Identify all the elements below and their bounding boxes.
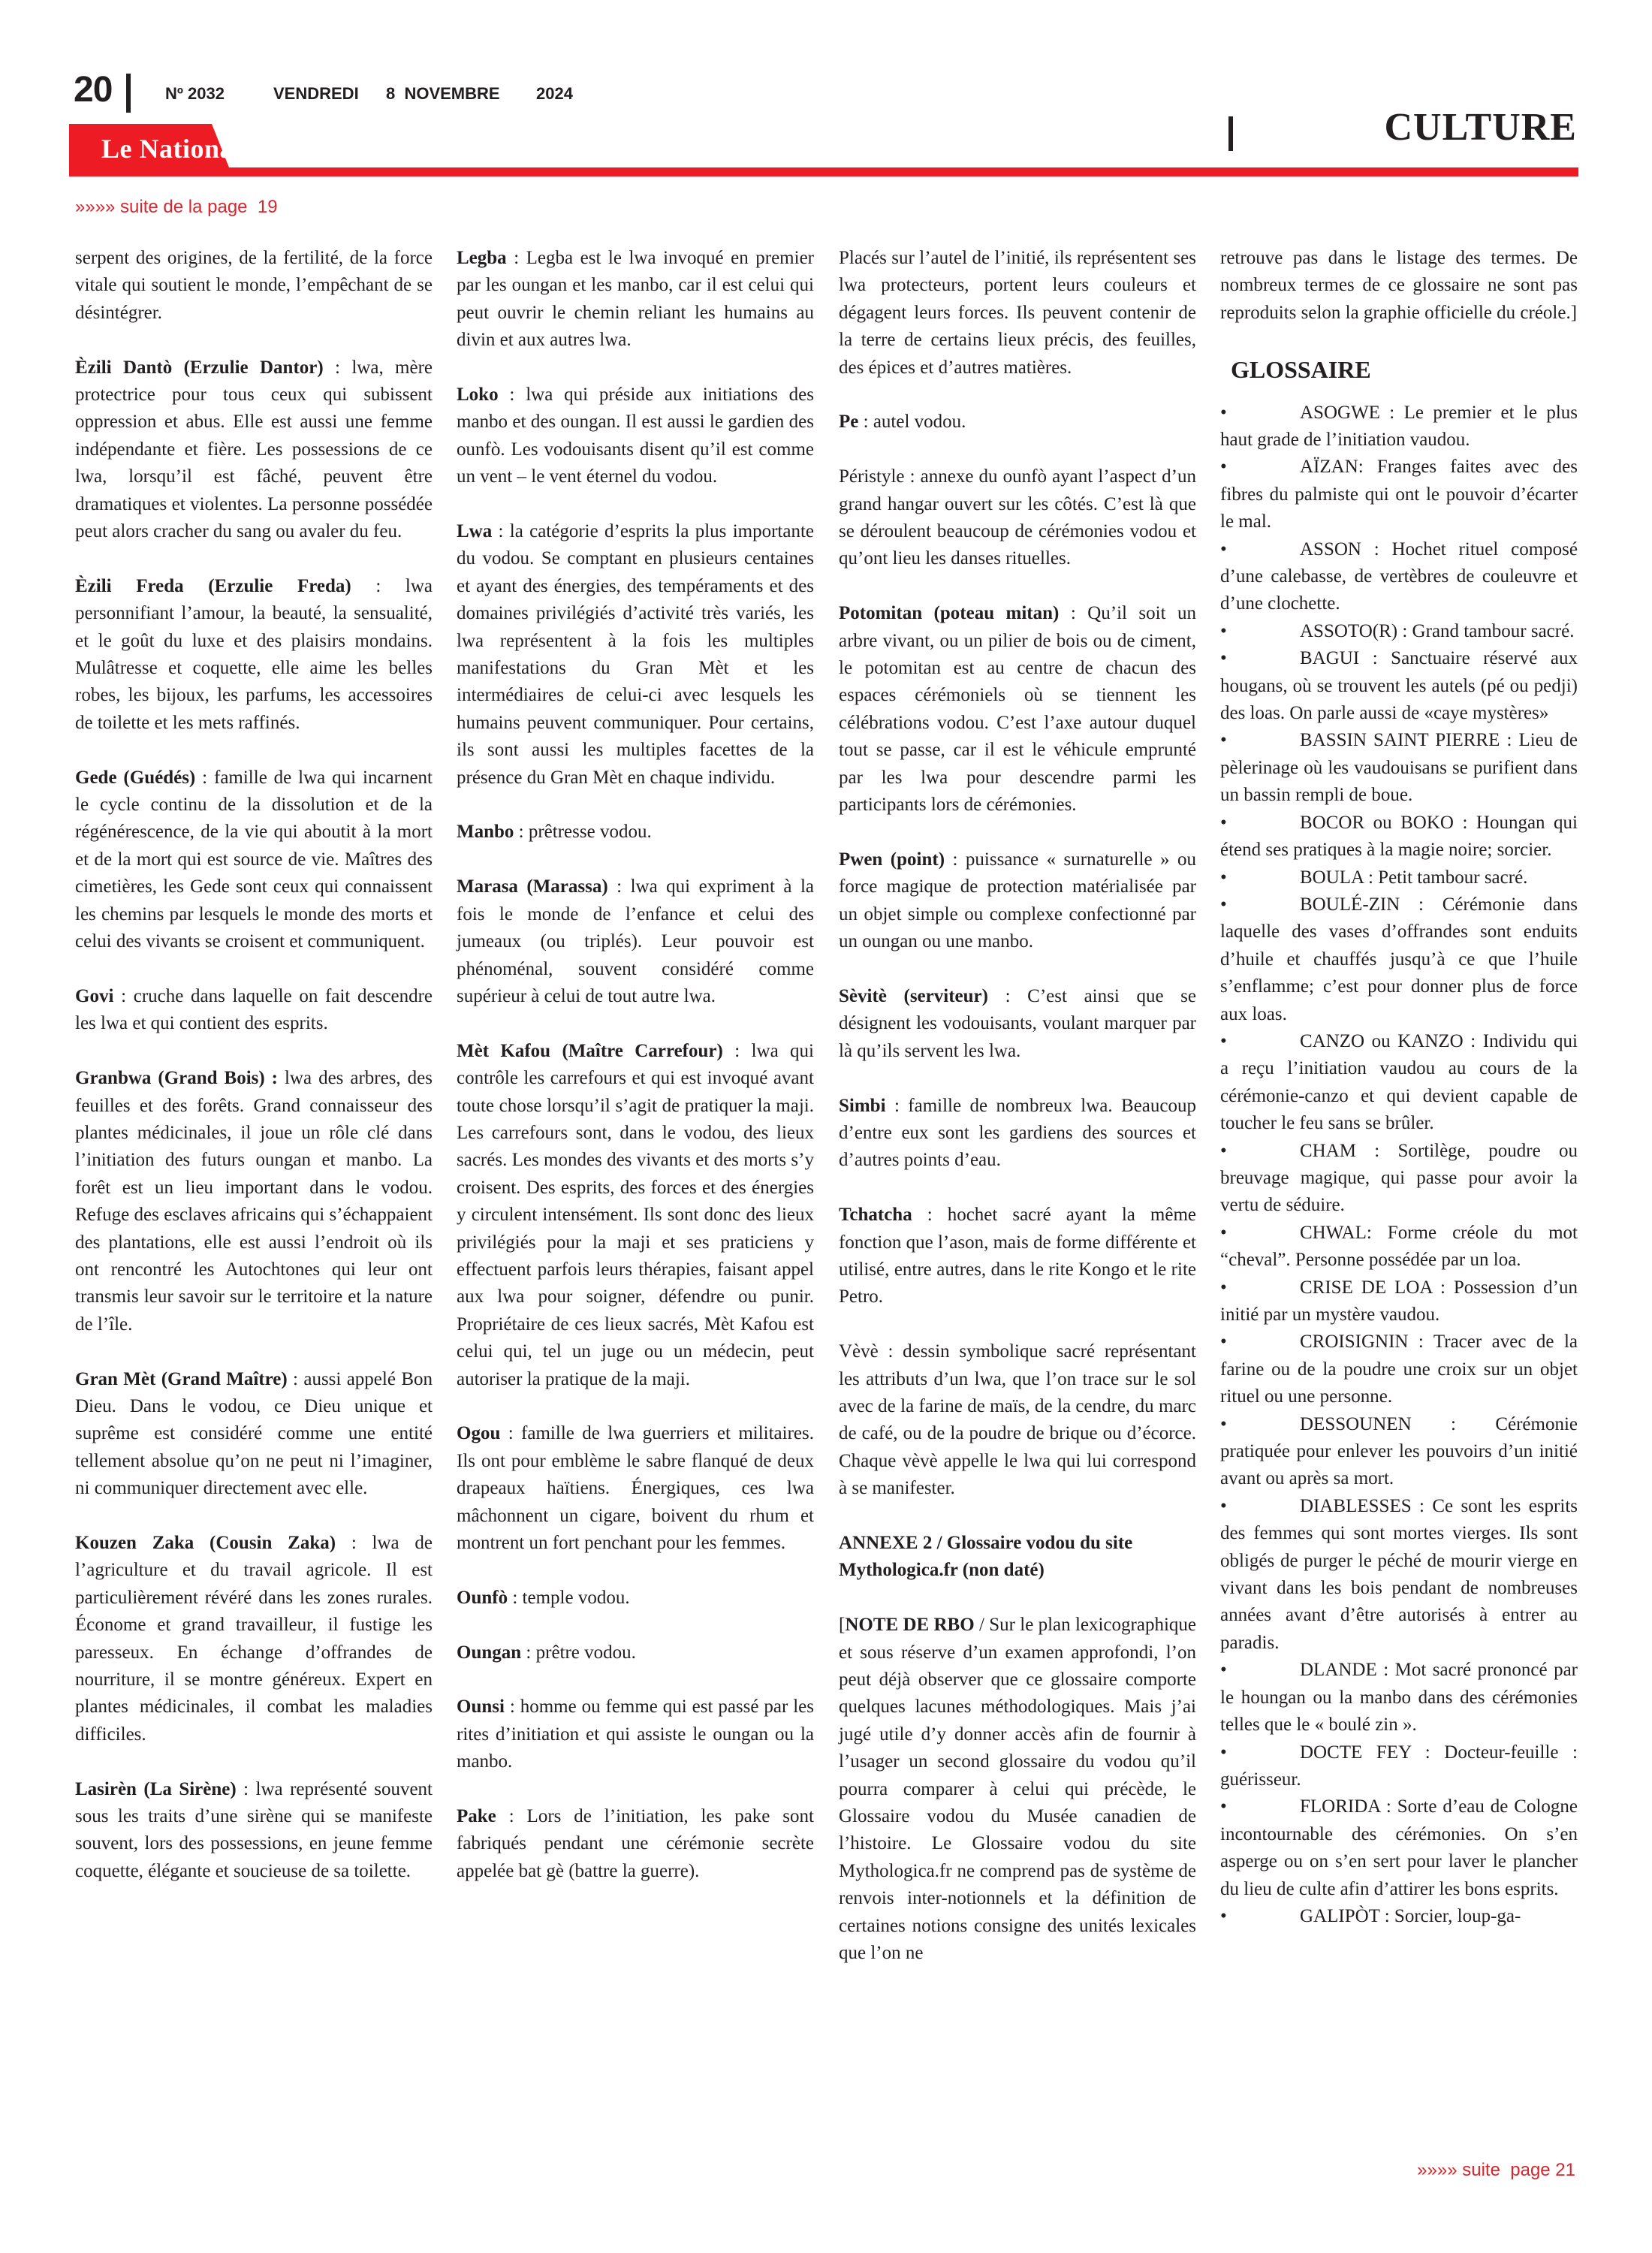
glossary-entry: Legba : Legba est le lwa invoqué en prem… xyxy=(457,245,814,354)
bullet-icon: • xyxy=(1220,810,1300,837)
glossary-entry: Potomitan (poteau mitan) : Qu’il soit un… xyxy=(839,600,1196,819)
glossary-entry: Gran Mèt (Grand Maître) : aussi appelé B… xyxy=(75,1366,433,1503)
glossary-entry: Granbwa (Grand Bois) : lwa des arbres, d… xyxy=(75,1065,433,1338)
brand-banner xyxy=(69,124,1578,176)
issue-number: Nº 2032 xyxy=(165,84,225,104)
glossary-list-item: •BOULÉ-ZIN : Cérémonie dans laquelle des… xyxy=(1220,891,1578,1028)
year: 2024 xyxy=(536,84,573,104)
glossary-entry: Oungan : prêtre vodou. xyxy=(457,1639,814,1666)
continued-to-link[interactable]: »»»» suite page 21 xyxy=(1417,2160,1575,2181)
glossary-item-text: GALIPÒT : Sorcier, loup-ga- xyxy=(1300,1906,1521,1926)
glossary-entry: Loko : lwa qui préside aux initiations d… xyxy=(457,382,814,491)
bullet-icon: • xyxy=(1220,727,1300,754)
section-divider xyxy=(1228,116,1233,151)
glossary-list-item: •BOCOR ou BOKO : Houngan qui étend ses p… xyxy=(1220,810,1578,864)
continued-from-link[interactable]: »»»» suite de la page 19 xyxy=(75,197,278,218)
glossary-list-item: •CANZO ou KANZO : Individu qui a reçu l’… xyxy=(1220,1028,1578,1138)
glossary-list-item: •CROISIGNIN : Tracer avec de la farine o… xyxy=(1220,1329,1578,1410)
glossary-entry: Sèvitè (serviteur) : C’est ainsi que se … xyxy=(839,983,1196,1065)
header-divider xyxy=(126,74,131,113)
glossary-entry: Govi : cruche dans laquelle on fait desc… xyxy=(75,983,433,1038)
bullet-icon: • xyxy=(1220,1657,1300,1684)
glossary-entry: Pe : autel vodou. xyxy=(839,409,1196,436)
glossary-entry: Pwen (point) : puissance « surnaturelle … xyxy=(839,846,1196,956)
bullet-icon: • xyxy=(1220,454,1300,481)
glossary-entry: Péristyle : annexe du ounfò ayant l’aspe… xyxy=(839,463,1196,573)
article-column-1: serpent des origines, de la fertilité, d… xyxy=(75,245,433,1913)
bullet-icon: • xyxy=(1220,400,1300,427)
glossary-list-item: •GALIPÒT : Sorcier, loup-ga- xyxy=(1220,1903,1578,1930)
glossary-list-item: •FLORIDA : Sorte d’eau de Cologne incont… xyxy=(1220,1793,1578,1903)
bullet-icon: • xyxy=(1220,1411,1300,1438)
glossary-entry: Ogou : famille de lwa guerriers et milit… xyxy=(457,1420,814,1557)
section-title: CULTURE xyxy=(1385,105,1578,150)
glossary-entry: Ounfò : temple vodou. xyxy=(457,1585,814,1612)
bullet-icon: • xyxy=(1220,536,1300,563)
glossary-list-item: •CRISE DE LOA : Possession d’un initié p… xyxy=(1220,1274,1578,1329)
glossary-entry: Simbi : famille de nombreux lwa. Beaucou… xyxy=(839,1093,1196,1175)
glossary-list-item: •ASSON : Hochet rituel composé d’une cal… xyxy=(1220,536,1578,618)
glossary-list-item: •DOCTE FEY : Docteur-feuille : guérisseu… xyxy=(1220,1739,1578,1794)
bullet-icon: • xyxy=(1220,1793,1300,1820)
glossary-list-item: •BOULA : Petit tambour sacré. xyxy=(1220,864,1578,891)
article-column-4: retrouve pas dans le listage des termes.… xyxy=(1220,245,1578,1930)
glossary-list-item: •CHWAL: Forme créole du mot “cheval”. Pe… xyxy=(1220,1220,1578,1274)
article-column-2: Legba : Legba est le lwa invoqué en prem… xyxy=(457,245,814,1913)
glossary-list-item: •ASSOTO(R) : Grand tambour sacré. xyxy=(1220,618,1578,645)
bullet-icon: • xyxy=(1220,1274,1300,1301)
glossary-item-text: ASSOTO(R) : Grand tambour sacré. xyxy=(1300,621,1574,641)
bullet-icon: • xyxy=(1220,645,1300,672)
bullet-icon: • xyxy=(1220,1138,1300,1165)
glossary-list-item: •AÏZAN: Franges faites avec des fibres d… xyxy=(1220,454,1578,535)
glossary-entry: Vèvè : dessin symbolique sacré représent… xyxy=(839,1338,1196,1502)
bullet-icon: • xyxy=(1220,1739,1300,1766)
glossary-list-item: •BASSIN SAINT PIERRE : Lieu de pèlerinag… xyxy=(1220,727,1578,809)
glossary-entry: Tchatcha : hochet sacré ayant la même fo… xyxy=(839,1202,1196,1311)
weekday: VENDREDI xyxy=(273,84,359,104)
editor-note-continued: retrouve pas dans le listage des termes.… xyxy=(1220,245,1578,327)
bullet-icon: • xyxy=(1220,864,1300,891)
glossary-entry: Pake : Lors de l’initiation, les pake so… xyxy=(457,1803,814,1885)
glossary-entry: Lwa : la catégorie d’esprits la plus imp… xyxy=(457,518,814,792)
bullet-icon: • xyxy=(1220,1028,1300,1055)
glossary-entry: serpent des origines, de la fertilité, d… xyxy=(75,245,433,327)
glossary-entry: Lasirèn (La Sirène) : lwa représenté sou… xyxy=(75,1776,433,1886)
bullet-icon: • xyxy=(1220,1903,1300,1930)
article-column-3: Placés sur l’autel de l’initié, ils repr… xyxy=(839,245,1196,1995)
bullet-icon: • xyxy=(1220,1329,1300,1356)
glossary-list-item: •DESSOUNEN : Cérémonie pratiquée pour en… xyxy=(1220,1411,1578,1493)
annex-heading: ANNEXE 2 / Glossaire vodou du site Mytho… xyxy=(839,1530,1196,1585)
bullet-icon: • xyxy=(1220,1220,1300,1247)
glossary-list-item: •BAGUI : Sanctuaire réservé aux hougans,… xyxy=(1220,645,1578,727)
glossary-entry: Kouzen Zaka (Cousin Zaka) : lwa de l’agr… xyxy=(75,1530,433,1748)
glossary-list-item: •DLANDE : Mot sacré prononcé par le houn… xyxy=(1220,1657,1578,1739)
glossary-entry: Èzili Freda (Erzulie Freda) : lwa person… xyxy=(75,573,433,737)
date: 8 NOVEMBRE xyxy=(386,84,500,104)
bullet-icon: • xyxy=(1220,891,1300,918)
glossary-list: •ASOGWE : Le premier et le plus haut gra… xyxy=(1220,400,1578,1931)
glossary-entry: Marasa (Marassa) : lwa qui expriment à l… xyxy=(457,873,814,1010)
glossary-heading: GLOSSAIRE xyxy=(1231,354,1578,385)
glossary-entry: Ounsi : homme ou femme qui est passé par… xyxy=(457,1694,814,1775)
bullet-icon: • xyxy=(1220,618,1300,645)
glossary-entry: Èzili Dantò (Erzulie Dantor) : lwa, mère… xyxy=(75,354,433,546)
glossary-entry: Placés sur l’autel de l’initié, ils repr… xyxy=(839,245,1196,382)
glossary-list-item: •DIABLESSES : Ce sont les esprits des fe… xyxy=(1220,1493,1578,1657)
glossary-entry: Gede (Guédés) : famille de lwa qui incar… xyxy=(75,765,433,956)
glossary-list-item: •ASOGWE : Le premier et le plus haut gra… xyxy=(1220,400,1578,454)
newspaper-logo: Le National xyxy=(101,132,242,165)
glossary-list-item: •CHAM : Sortilège, poudre ou breuvage ma… xyxy=(1220,1138,1578,1220)
glossary-entry: Mèt Kafou (Maître Carrefour) : lwa qui c… xyxy=(457,1038,814,1393)
glossary-entry: Manbo : prêtresse vodou. xyxy=(457,819,814,846)
glossary-item-text: BOULA : Petit tambour sacré. xyxy=(1300,867,1527,888)
bullet-icon: • xyxy=(1220,1493,1300,1520)
page-number: 20 xyxy=(74,71,112,110)
editor-note: [NOTE DE RBO / Sur le plan lexicographiq… xyxy=(839,1612,1196,1967)
